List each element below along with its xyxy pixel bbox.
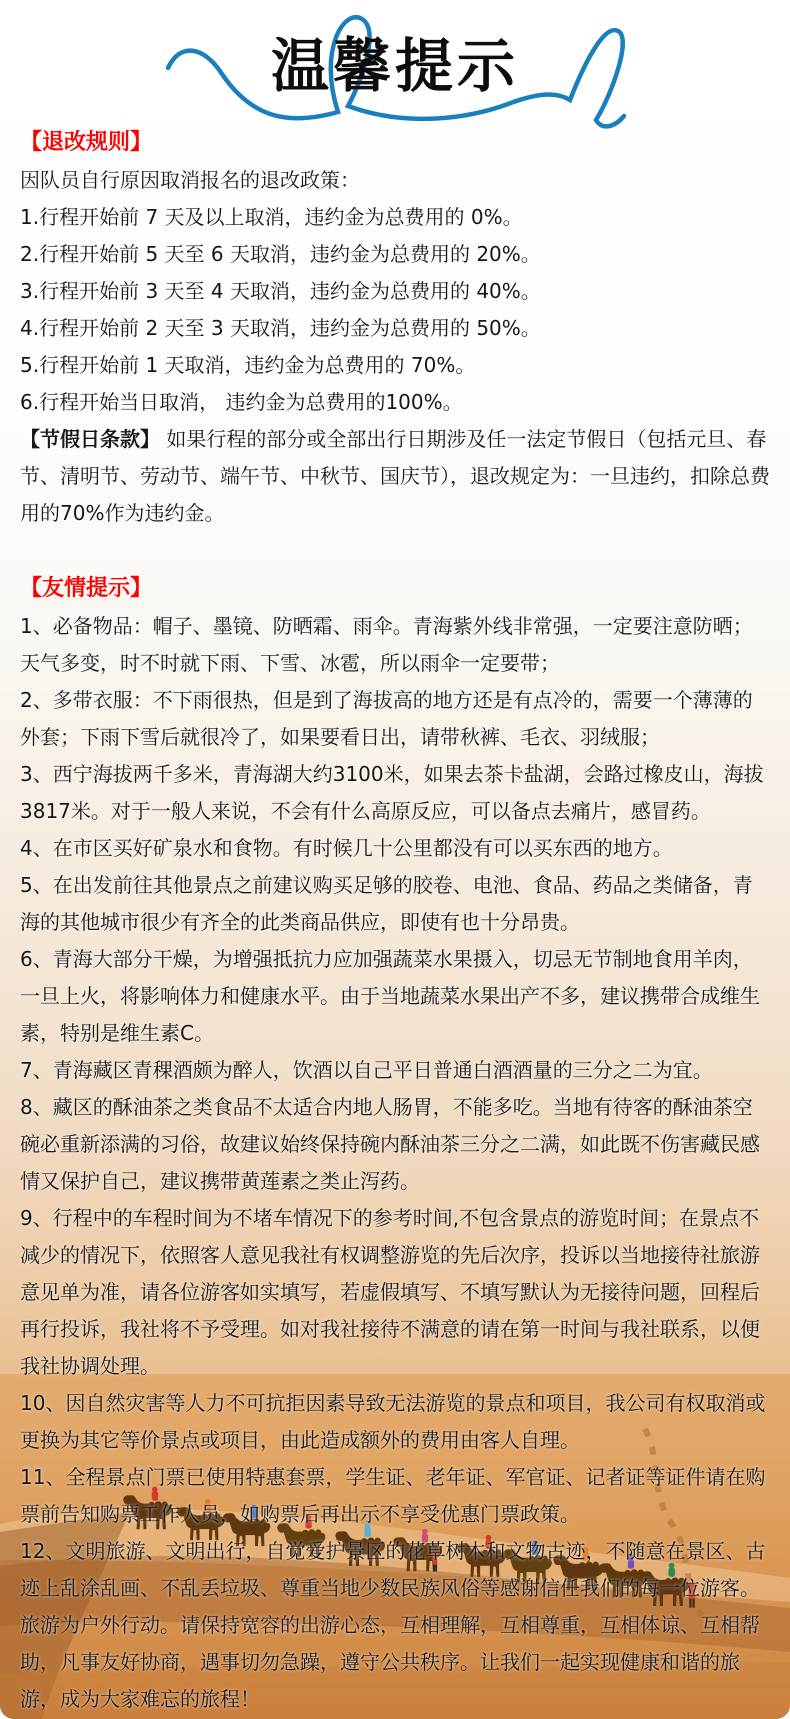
holiday-clause: 【节假日条款】 如果行程的部分或全部出行日期涉及任一法定节假日（包括元旦、春节、… (20, 421, 770, 532)
refund-rule-line: 6.行程开始当日取消， 违约金为总费用的100%。 (20, 384, 770, 421)
refund-rule-line: 1.行程开始前 7 天及以上取消，违约金为总费用的 0%。 (20, 199, 770, 236)
refund-rule-line: 2.行程开始前 5 天至 6 天取消，违约金为总费用的 20%。 (20, 236, 770, 273)
tip-item: 5、在出发前往其他景点之前建议购买足够的胶卷、电池、食品、药品之类储备，青海的其… (20, 867, 770, 941)
tip-item: 12、文明旅游、文明出行，自觉爱护景区的花草树木和文物古迹，不随意在景区、古迹上… (20, 1533, 770, 1718)
friendly-tips-heading: 【友情提示】 (20, 574, 770, 604)
refund-rules-heading: 【退改规则】 (20, 128, 770, 158)
tip-item: 2、多带衣服：不下雨很热，但是到了海拔高的地方还是有点冷的，需要一个薄薄的外套；… (20, 682, 770, 756)
tip-item: 7、青海藏区青稞酒颇为醉人，饮酒以自己平日普通白酒酒量的三分之二为宜。 (20, 1052, 770, 1089)
tip-item: 4、在市区买好矿泉水和食物。有时候几十公里都没有可以买东西的地方。 (20, 830, 770, 867)
tips-poster-page: 温馨提示 【退改规则】 因队员自行原因取消报名的退改政策： 1.行程开始前 7 … (0, 0, 790, 1719)
holiday-clause-label: 【节假日条款】 (20, 427, 160, 451)
tip-item: 8、藏区的酥油茶之类食品不太适合内地人肠胃，不能多吃。当地有待客的酥油茶空碗必重… (20, 1089, 770, 1200)
refund-rule-line: 3.行程开始前 3 天至 4 天取消，违约金为总费用的 40%。 (20, 273, 770, 310)
tip-item: 9、行程中的车程时间为不堵车情况下的参考时间,不包含景点的游览时间；在景点不减少… (20, 1200, 770, 1385)
refund-intro: 因队员自行原因取消报名的退改政策： (20, 162, 770, 199)
refund-rule-line: 4.行程开始前 2 天至 3 天取消，违约金为总费用的 50%。 (20, 310, 770, 347)
page-title: 温馨提示 (0, 16, 790, 98)
tip-item: 1、必备物品：帽子、墨镜、防晒霜、雨伞。青海紫外线非常强，一定要注意防晒；天气多… (20, 608, 770, 682)
tip-item: 11、全程景点门票已使用特惠套票，学生证、老年证、军官证、记者证等证件请在购票前… (20, 1459, 770, 1533)
title-block: 温馨提示 (0, 16, 790, 120)
refund-rule-line: 5.行程开始前 1 天取消，违约金为总费用的 70%。 (20, 347, 770, 384)
tip-item: 6、青海大部分干燥，为增强抵抗力应加强蔬菜水果摄入，切忌无节制地食用羊肉，一旦上… (20, 941, 770, 1052)
tip-item: 10、因自然灾害等人力不可抗拒因素导致无法游览的景点和项目，我公司有权取消或更换… (20, 1385, 770, 1459)
tip-item: 3、西宁海拔两千多米，青海湖大约3100米，如果去茶卡盐湖，会路过橡皮山，海拔3… (20, 756, 770, 830)
content: 【退改规则】 因队员自行原因取消报名的退改政策： 1.行程开始前 7 天及以上取… (0, 128, 790, 1718)
